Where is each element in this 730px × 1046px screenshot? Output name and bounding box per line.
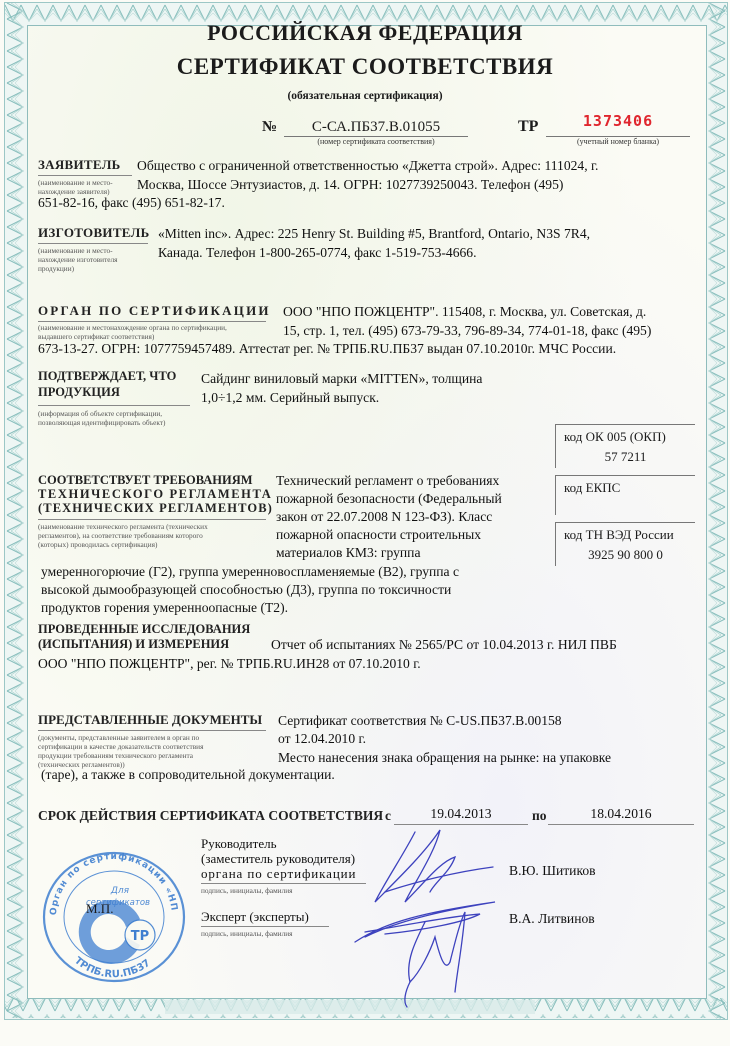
documents-label: ПРЕДСТАВЛЕННЫЕ ДОКУМЕНТЫ [38, 712, 262, 728]
documents-line-1: Сертификат соответствия № C-US.ПБ37.В.00… [278, 712, 562, 729]
code-tnved-value: 3925 90 800 0 [556, 547, 695, 563]
head-signature-rule [201, 883, 366, 884]
code-okp-value: 57 7211 [556, 449, 695, 465]
regulation-label-3: (ТЕХНИЧЕСКИХ РЕГЛАМЕНТОВ) [38, 501, 273, 516]
blank-number-label: ТР [518, 118, 538, 136]
manufacturer-sublabel-1: (наименование и место- [38, 246, 113, 255]
regulation-label-2: ТЕХНИЧЕСКОГО РЕГЛАМЕНТА [38, 487, 272, 502]
svg-text:ТР: ТР [131, 929, 149, 944]
expert-signature-rule [201, 926, 329, 927]
blank-number-value: 1373406 [546, 112, 690, 130]
tests-line-1: Отчет об испытаниях № 2565/РС от 10.04.2… [271, 636, 617, 653]
product-label-2: ПРОДУКЦИЯ [38, 385, 120, 400]
manufacturer-line-2: Канада. Телефон 1-800-265-0774, факс 1-5… [158, 244, 476, 261]
applicant-line-2: Москва, Шоссе Энтузиастов, д. 14. ОГРН: … [137, 176, 563, 193]
regulation-label-rule [38, 519, 266, 520]
regulation-line-5: материалов КМ3: группа [276, 544, 421, 561]
documents-sublabel-2: сертификации в качестве доказательств со… [38, 742, 203, 751]
manufacturer-line-1: «Mitten inc». Адрес: 225 Henry St. Build… [158, 225, 590, 242]
tests-label-2: (ИСПЫТАНИЯ) И ИЗМЕРЕНИЯ [38, 637, 229, 652]
validity-label: СРОК ДЕЙСТВИЯ СЕРТИФИКАТА СООТВЕТСТВИЯ [38, 808, 383, 824]
document-subtitle: (обязательная сертификация) [0, 90, 730, 102]
expert-title: Эксперт (эксперты) [201, 908, 309, 925]
validity-to-label: по [532, 808, 547, 824]
applicant-label: ЗАЯВИТЕЛЬ [38, 157, 121, 173]
head-title-line-1: Руководитель [201, 836, 277, 851]
manufacturer-sublabel-2: нахождение изготовителя [38, 255, 118, 264]
code-okp-label: код ОК 005 (ОКП) [564, 429, 695, 445]
code-box-ekps: код ЕКПС [555, 475, 695, 515]
certificate-number-caption: (номер сертификата соответствия) [284, 137, 468, 146]
svg-text:Для: Для [110, 886, 130, 896]
expert-name: В.А. Литвинов [509, 910, 595, 927]
product-sublabel-2: позволяющая идентифицировать объект) [38, 418, 165, 427]
seal-mark-label: М.П. [86, 901, 113, 917]
manufacturer-label-rule [38, 243, 148, 244]
country-title: РОССИЙСКАЯ ФЕДЕРАЦИЯ [0, 20, 730, 46]
regulation-sublabel-3: (которых) проводилась сертификация) [38, 540, 157, 549]
certification-body-rule [38, 321, 266, 322]
documents-line-2: от 12.04.2010 г. [278, 730, 366, 747]
code-tnved-label: код ТН ВЭД России [564, 527, 695, 543]
certification-body-label: ОРГАН ПО СЕРТИФИКАЦИИ [38, 303, 271, 319]
handwritten-signatures [345, 822, 505, 1012]
certification-body-line-1: ООО "НПО ПОЖЦЕНТР". 115408, г. Москва, у… [283, 303, 646, 320]
manufacturer-sublabel-3: продукции) [38, 264, 74, 273]
regulation-line-2: пожарной безопасности (Федеральный [276, 490, 502, 507]
product-sublabel-1: (информация об объекте сертификации, [38, 409, 162, 418]
documents-sublabel-3: продукции требованиям технического регла… [38, 751, 193, 760]
product-line-2: 1,0÷1,2 мм. Серийный выпуск. [201, 389, 379, 406]
certification-body-sublabel-1: (наименование и местонахождение органа п… [38, 323, 227, 332]
regulation-line-4: пожарной опасности строительных [276, 526, 481, 543]
head-title-line-2: (заместитель руководителя) [201, 851, 355, 866]
documents-line-3: Место нанесения знака обращения на рынке… [278, 749, 611, 766]
documents-line-4: (таре), а также в сопроводительной докум… [41, 766, 335, 783]
tests-line-2: ООО "НПО ПОЖЦЕНТР", рег. № ТРПБ.RU.ИН28 … [38, 655, 421, 672]
head-name: В.Ю. Шитиков [509, 862, 596, 879]
code-box-okp: код ОК 005 (ОКП) 57 7211 [555, 424, 695, 468]
code-ekps-label: код ЕКПС [564, 480, 695, 496]
manufacturer-label: ИЗГОТОВИТЕЛЬ [38, 225, 149, 241]
organization-stamp-seal: Орган по сертификации «НПО ПОЖЦЕНТР» ТРП… [40, 845, 188, 985]
certification-body-line-2: 15, стр. 1, тел. (495) 673-79-33, 796-89… [283, 322, 651, 339]
validity-to-date: 18.04.2016 [548, 805, 694, 822]
documents-sublabel-1: (документы, представленные заявителем в … [38, 733, 199, 742]
regulation-sublabel-2: регламентов), на соответствие требования… [38, 531, 203, 540]
product-line-1: Сайдинг виниловый марки «MITTEN», толщин… [201, 370, 482, 387]
product-label-1: ПОДТВЕРЖДАЕТ, ЧТО [38, 369, 176, 384]
certificate-number-label: № [262, 119, 277, 136]
documents-label-rule [38, 730, 266, 731]
validity-from-date: 19.04.2013 [394, 805, 528, 822]
expert-signature-caption: подпись, инициалы, фамилия [201, 929, 293, 938]
document-title: СЕРТИФИКАТ СООТВЕТСТВИЯ [0, 54, 730, 80]
regulation-line-8: продуктов горения умеренноопасные (Т2). [41, 599, 288, 616]
certification-body-line-3: 673-13-27. ОГРН: 1077759457489. Аттестат… [38, 340, 616, 357]
regulation-line-1: Технический регламент о требованиях [276, 472, 499, 489]
regulation-line-6: умеренногорючие (Г2), группа умеренновос… [41, 563, 459, 580]
code-box-tnved: код ТН ВЭД России 3925 90 800 0 [555, 522, 695, 566]
head-signature-caption: подпись, инициалы, фамилия [201, 886, 293, 895]
regulation-label-1: СООТВЕТСТВУЕТ ТРЕБОВАНИЯМ [38, 473, 253, 488]
regulation-line-3: закон от 22.07.2008 N 123-ФЗ). Класс [276, 508, 492, 525]
tests-label-1: ПРОВЕДЕННЫЕ ИССЛЕДОВАНИЯ [38, 622, 250, 637]
blank-number-caption: (учетный номер бланка) [546, 137, 690, 146]
regulation-line-7: высокой дымообразующей способностью (Д3)… [41, 581, 451, 598]
applicant-label-rule [38, 175, 132, 176]
certificate-number-value: С-СА.ПБ37.В.01055 [284, 119, 468, 136]
regulation-sublabel-1: (наименование технического регламента (т… [38, 522, 208, 531]
applicant-line-1: Общество с ограниченной ответственностью… [137, 157, 598, 174]
head-title-line-3: органа по сертификации [201, 866, 356, 881]
validity-to-underline [548, 824, 694, 825]
product-label-rule [38, 405, 190, 406]
applicant-line-3: 651-82-16, факс (495) 651-82-17. [38, 194, 225, 211]
